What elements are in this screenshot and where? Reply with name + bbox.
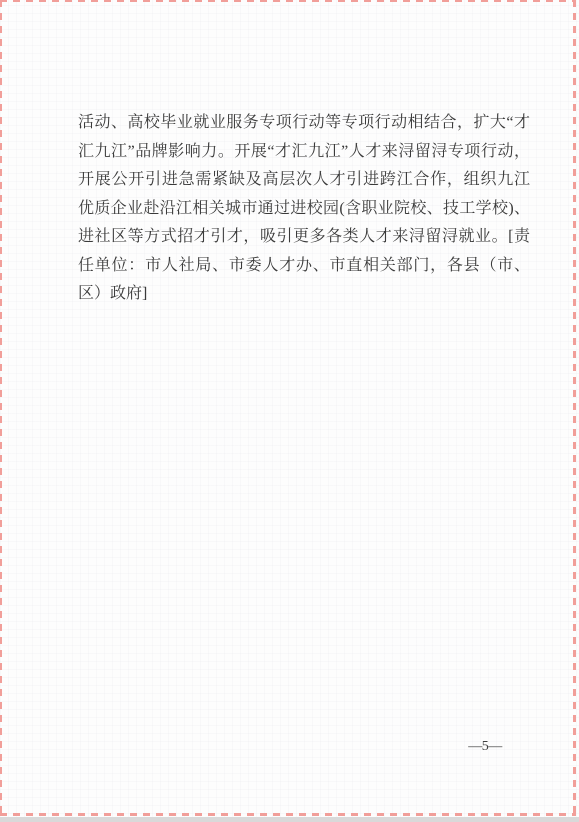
paragraph-line: 开展公开引进急需紧缺及高层次人才引进跨江合作，组织九江 — [78, 166, 530, 195]
page-border-top — [0, 0, 576, 2]
paragraph-line: 进社区等方式招才引才，吸引更多各类人才来浔留浔就业。[责 — [78, 223, 530, 252]
paragraph-line: 汇九江”品牌影响力。开展“才汇九江”人才来浔留浔专项行动， — [78, 138, 530, 167]
paragraph-line: 任单位：市人社局、市委人才办、市直相关部门，各县（市、 — [78, 252, 530, 281]
page-border-left — [0, 0, 2, 816]
paragraph-line: 活动、高校毕业就业服务专项行动等专项行动相结合，扩大“才 — [78, 109, 530, 138]
document-page: { "document": { "paragraph": { "lines": … — [0, 0, 579, 822]
page-number: —5— — [440, 739, 530, 755]
paragraph-line: 区）政府] — [78, 280, 530, 309]
body-paragraph: 活动、高校毕业就业服务专项行动等专项行动相结合，扩大“才 汇九江”品牌影响力。开… — [78, 109, 530, 309]
page-border-bottom — [0, 813, 576, 816]
page-border-right — [573, 0, 576, 816]
scan-edge-shadow — [0, 817, 579, 822]
paragraph-line: 优质企业赴沿江相关城市通过进校园(含职业院校、技工学校)、 — [78, 195, 530, 224]
